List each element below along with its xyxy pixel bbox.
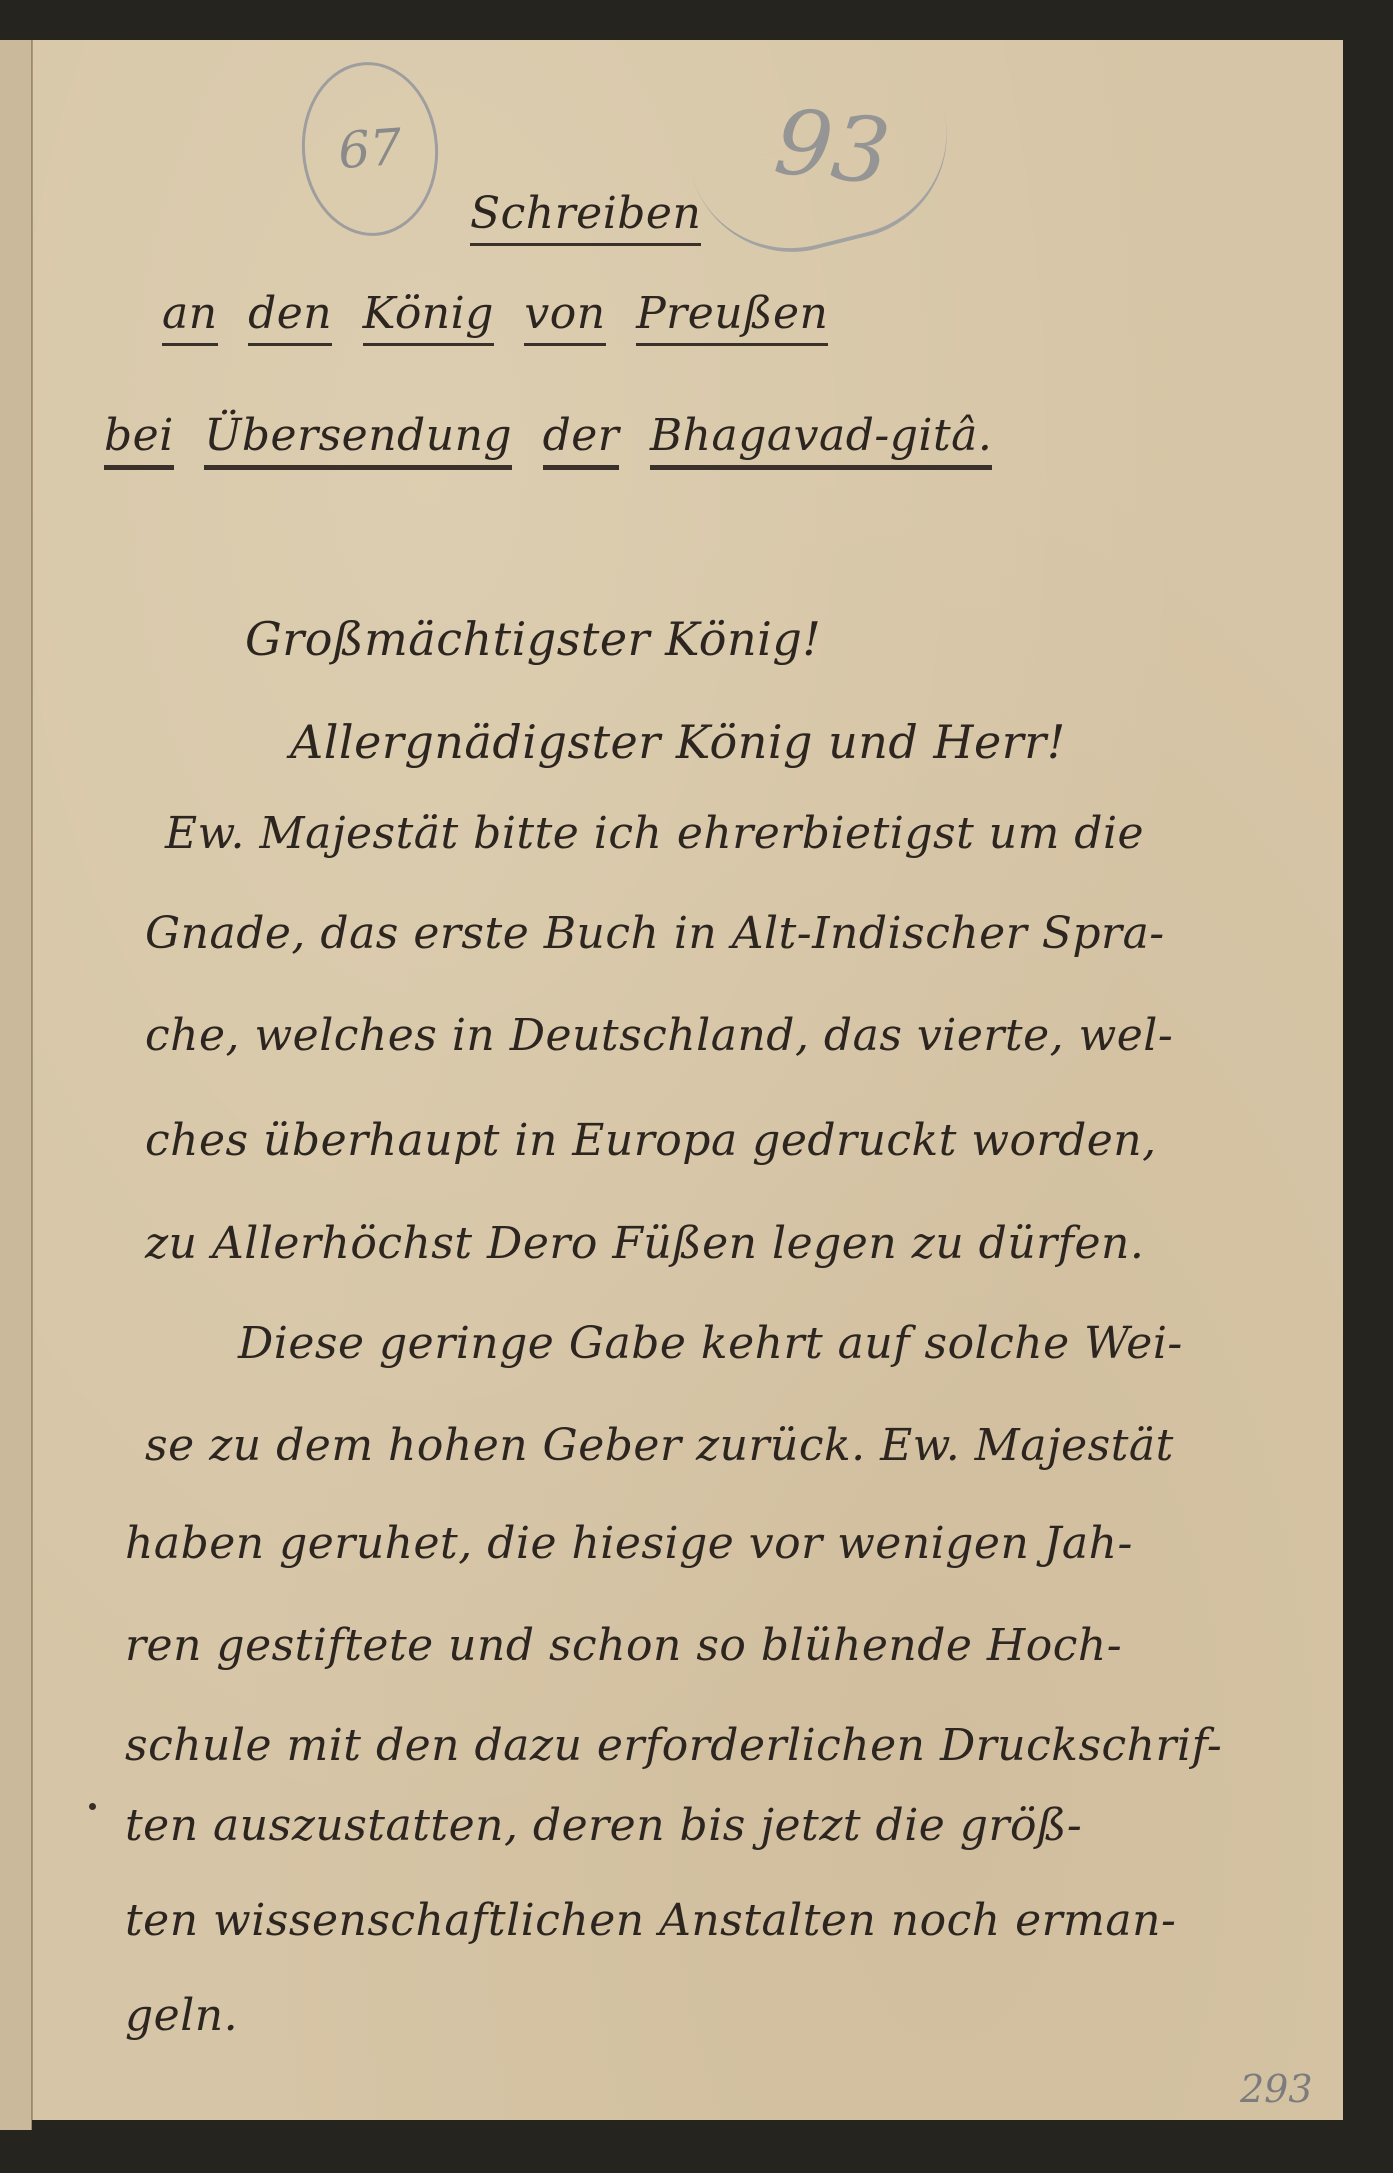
title-line-3: bei Übersendung der Bhagavad-gitâ. bbox=[104, 410, 1008, 461]
body-line: che, welches in Deutschland, das vierte,… bbox=[145, 1010, 1173, 1061]
body-line: se zu dem hohen Geber zurück. Ew. Majest… bbox=[145, 1420, 1174, 1471]
body-line: ren gestiftete und schon so blühende Hoc… bbox=[125, 1620, 1122, 1671]
body-line: ten auszustatten, deren bis jetzt die gr… bbox=[125, 1800, 1082, 1851]
margin-ink-dot bbox=[89, 1803, 96, 1810]
body-line: geln. bbox=[125, 1990, 238, 2041]
title-line-1: Schreiben bbox=[470, 188, 717, 239]
title-word: Schreiben bbox=[470, 188, 701, 246]
adjacent-page-strip bbox=[0, 40, 32, 2130]
title-word: Übersendung bbox=[204, 410, 512, 470]
title-line-2: an den König von Preußen bbox=[162, 288, 844, 339]
title-word: den bbox=[248, 288, 332, 346]
body-line: schule mit den dazu erforderlichen Druck… bbox=[125, 1720, 1222, 1771]
bottom-folio-number: 293 bbox=[1240, 2067, 1313, 2111]
circled-folio-text: 67 bbox=[336, 118, 404, 180]
body-line: ten wissenschaftlichen Anstalten noch er… bbox=[125, 1895, 1176, 1946]
salutation-line-2: Allergnädigster König und Herr! bbox=[290, 715, 1066, 769]
body-line: Gnade, das erste Buch in Alt-Indischer S… bbox=[145, 908, 1165, 959]
title-word: an bbox=[162, 288, 218, 346]
title-word: Preußen bbox=[636, 288, 828, 346]
body-line: Diese geringe Gabe kehrt auf solche Wei- bbox=[238, 1318, 1183, 1369]
title-word: Bhagavad-gitâ. bbox=[650, 410, 993, 470]
body-line: ches überhaupt in Europa gedruckt worden… bbox=[145, 1115, 1157, 1166]
title-word: König bbox=[363, 288, 494, 346]
title-word: bei bbox=[104, 410, 174, 470]
salutation-line-1: Großmächtigster König! bbox=[245, 612, 821, 666]
body-line: Ew. Majestät bitte ich ehrerbietigst um … bbox=[165, 808, 1144, 859]
manuscript-scan: 67 93 293 Schreiben an den König von Pre… bbox=[0, 0, 1393, 2173]
title-word: von bbox=[524, 288, 605, 346]
body-line: haben geruhet, die hiesige vor wenigen J… bbox=[125, 1518, 1133, 1569]
body-line: zu Allerhöchst Dero Füßen legen zu dürfe… bbox=[145, 1218, 1144, 1269]
title-word: der bbox=[543, 410, 620, 470]
